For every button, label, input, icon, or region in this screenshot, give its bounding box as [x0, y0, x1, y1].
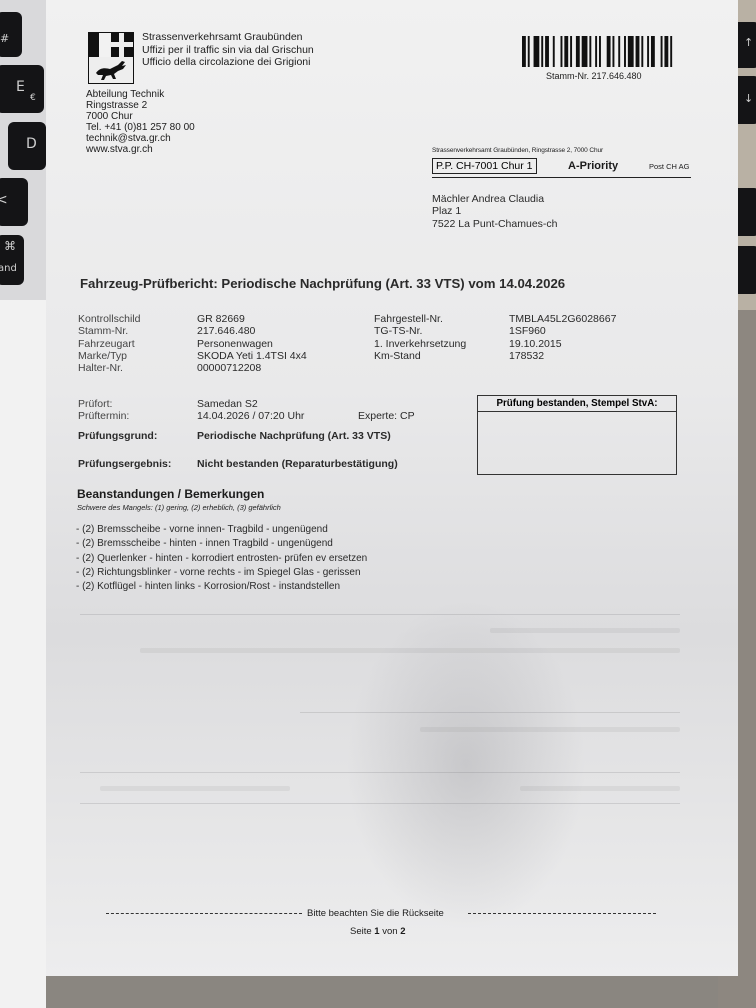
bleed-through-line: [300, 712, 680, 713]
org-line-romansh: Uffizi per il traffic sin via dal Grisch…: [142, 44, 314, 57]
vehicle-field-value: TMBLA45L2G6028667: [509, 313, 616, 325]
department-name: Abteilung Technik: [86, 89, 195, 100]
sender-return-address: Strassenverkehrsamt Graubünden, Ringstra…: [432, 147, 603, 154]
defect-item: - (2) Querlenker - hinten - korrodiert e…: [76, 552, 367, 566]
pruefort-value: Samedan S2: [197, 398, 258, 410]
postal-divider: [432, 177, 691, 178]
vehicle-field-value: GR 82669: [197, 313, 307, 325]
department-address: Abteilung Technik Ringstrasse 2 7000 Chu…: [86, 89, 195, 155]
organization-name: Strassenverkehrsamt Graubünden Uffizi pe…: [142, 31, 314, 69]
bleed-through-line: [80, 772, 680, 773]
department-email: technik@stva.gr.ch: [86, 133, 195, 144]
vehicle-field-value: 217.646.480: [197, 325, 307, 337]
recipient-street: Plaz 1: [432, 205, 558, 217]
key-label: #: [0, 32, 9, 45]
defect-item: - (2) Kotflügel - hinten links - Korrosi…: [76, 580, 367, 594]
bleed-through-text: [140, 648, 680, 653]
defect-list: - (2) Bremsscheibe - vorne innen- Tragbi…: [76, 523, 367, 594]
key-label: D: [26, 136, 37, 152]
vehicle-field-value: Personenwagen: [197, 338, 307, 350]
priority-label: A-Priority: [568, 160, 618, 172]
key-label: ↓: [744, 92, 753, 105]
org-line-german: Strassenverkehrsamt Graubünden: [142, 31, 314, 44]
vehicle-field-label: Km-Stand: [374, 350, 466, 362]
vehicle-values-right: TMBLA45L2G60286671SF96019.10.2015178532: [509, 313, 616, 362]
page-number: Seite 1 von 2: [350, 926, 406, 937]
vehicle-field-value: 19.10.2015: [509, 338, 616, 350]
defect-item: - (2) Bremsscheibe - hinten - innen Trag…: [76, 537, 367, 551]
key-label: and: [0, 263, 17, 274]
barcode: [522, 36, 756, 67]
desk-surface-left: [0, 300, 46, 1008]
org-line-italian: Ufficio della circolazione dei Grigioni: [142, 56, 314, 69]
vehicle-labels-left: KontrollschildStamm-Nr.FahrzeugartMarke/…: [78, 313, 140, 374]
department-website: www.stva.gr.ch: [86, 144, 195, 155]
pruefungsergebnis-label: Prüfungsergebnis:: [78, 458, 171, 470]
key-label: E: [16, 79, 25, 95]
defect-item: - (2) Richtungsblinker - vorne rechts - …: [76, 566, 367, 580]
department-city: 7000 Chur: [86, 111, 195, 122]
pruefungsgrund-value: Periodische Nachprüfung (Art. 33 VTS): [197, 430, 391, 442]
vehicle-field-label: Halter-Nr.: [78, 362, 140, 374]
pruefort-label: Prüfort:: [78, 398, 112, 410]
pruefungsergebnis-value: Nicht bestanden (Reparaturbestätigung): [197, 458, 398, 470]
page-prefix: Seite: [350, 926, 374, 937]
department-street: Ringstrasse 2: [86, 100, 195, 111]
carrier-label: Post CH AG: [649, 162, 689, 171]
severity-legend: Schwere des Mangels: (1) gering, (2) erh…: [77, 503, 281, 512]
vehicle-field-label: TG-TS-Nr.: [374, 325, 466, 337]
experte-value: Experte: CP: [358, 410, 415, 422]
vehicle-field-label: Stamm-Nr.: [78, 325, 140, 337]
stamp-box-header: Prüfung bestanden, Stempel StvA:: [478, 396, 676, 412]
recipient-address: Mächler Andrea Claudia Plaz 1 7522 La Pu…: [432, 193, 558, 230]
vehicle-values-left: GR 82669217.646.480PersonenwagenSKODA Ye…: [197, 313, 307, 374]
bleed-through-text: [420, 727, 680, 732]
keyboard-key-e: E€: [0, 65, 44, 113]
bleed-through-line: [80, 614, 680, 615]
keyboard-key-x: <: [0, 178, 28, 226]
defect-item: - (2) Bremsscheibe - vorne innen- Tragbi…: [76, 523, 367, 537]
keyboard-key-command: ⌘and: [0, 235, 24, 285]
pp-postage-box: P.P. CH-7001 Chur 1: [432, 158, 537, 174]
vehicle-labels-right: Fahrgestell-Nr.TG-TS-Nr.1. Inverkehrsetz…: [374, 313, 466, 362]
report-title: Fahrzeug-Prüfbericht: Periodische Nachpr…: [80, 276, 565, 291]
vehicle-field-label: Kontrollschild: [78, 313, 140, 325]
pruefungsgrund-label: Prüfungsgrund:: [78, 430, 157, 442]
keyboard-key-hash: #: [0, 12, 22, 57]
key-label: €: [30, 93, 36, 103]
vehicle-field-label: 1. Inverkehrsetzung: [374, 338, 466, 350]
footer-dash-left: [106, 913, 302, 914]
vehicle-field-value: 00000712208: [197, 362, 307, 374]
vehicle-field-value: SKODA Yeti 1.4TSI 4x4: [197, 350, 307, 362]
vehicle-field-label: Fahrzeugart: [78, 338, 140, 350]
vehicle-field-label: Fahrgestell-Nr.: [374, 313, 466, 325]
vehicle-field-value: 178532: [509, 350, 616, 362]
footer-dash-right: [468, 913, 656, 914]
page-mid: von: [380, 926, 401, 937]
bleed-through-line: [80, 803, 680, 804]
department-phone: Tel. +41 (0)81 257 80 00: [86, 122, 195, 133]
vehicle-field-label: Marke/Typ: [78, 350, 140, 362]
defects-heading: Beanstandungen / Bemerkungen: [77, 487, 264, 501]
key-label: <: [0, 192, 8, 208]
barcode-caption: Stamm-Nr. 217.646.480: [546, 71, 642, 81]
keyboard-key-d: D: [8, 122, 46, 170]
bleed-through-text: [490, 628, 680, 633]
graubuenden-coat-of-arms-icon: [88, 32, 134, 84]
recipient-city: 7522 La Punt-Chamues-ch: [432, 218, 558, 230]
bleed-through-text: [100, 786, 290, 791]
footer-notice: Bitte beachten Sie die Rückseite: [307, 908, 444, 919]
stamp-box: Prüfung bestanden, Stempel StvA:: [477, 395, 677, 475]
prueftermin-value: 14.04.2026 / 07:20 Uhr: [197, 410, 304, 422]
bleed-through-text: [520, 786, 680, 791]
key-label: ⌘: [4, 239, 16, 253]
ibex-icon: [92, 59, 130, 81]
page-total: 2: [400, 926, 405, 937]
vehicle-field-value: 1SF960: [509, 325, 616, 337]
prueftermin-label: Prüftermin:: [78, 410, 129, 422]
recipient-name: Mächler Andrea Claudia: [432, 193, 558, 205]
